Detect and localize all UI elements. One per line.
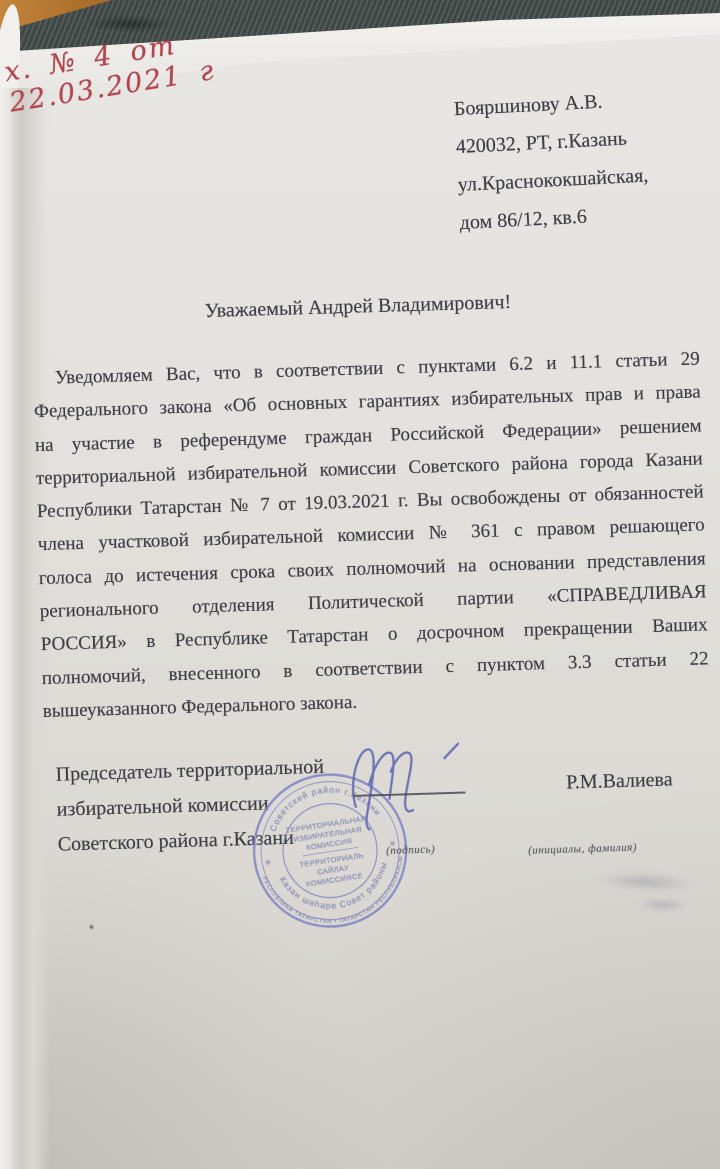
name-caption: (инициалы, фамилия): [528, 842, 637, 857]
salutation-line: Уважаемый Андрей Владимирович!: [38, 286, 678, 328]
handwritten-registration-note: х. № 4 от 22.03.2021 г: [2, 8, 318, 119]
letter-page: х. № 4 от 22.03.2021 г Бояршинову А.В. 4…: [0, 0, 720, 1169]
signature-caption: (подпись): [386, 843, 435, 856]
stamp-star-left: ✳: [264, 858, 272, 868]
signature-scribble: [344, 739, 477, 833]
recipient-address-block: Бояршинову А.В. 420032, РТ, г.Казань ул.…: [453, 78, 710, 242]
signatory-name: Р.М.Валиева: [566, 768, 673, 794]
letter-body-paragraph: Уведомляем Вас, что в соответствии с пун…: [32, 342, 710, 728]
